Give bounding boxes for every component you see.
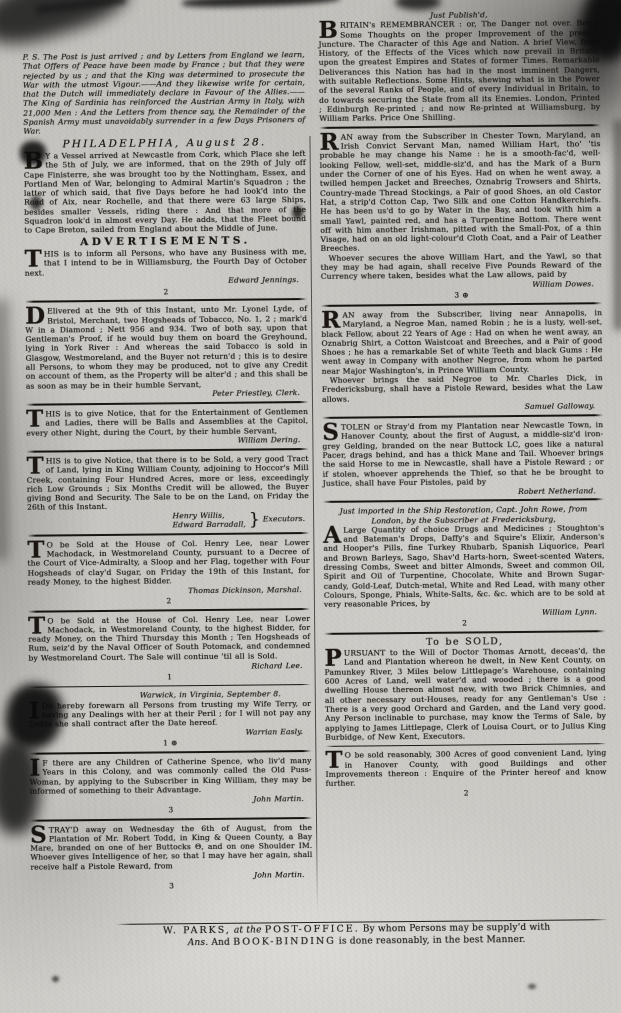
advertisements-heading: ADVERTISEMENTS. — [24, 236, 306, 248]
colophon-text: is done reasonably, in the best Manner. — [339, 935, 526, 947]
drop-cap: I — [29, 759, 42, 778]
drop-cap: D — [25, 307, 47, 326]
ad-divider-rule — [28, 608, 310, 613]
ad-text: Do hereby forewarn all Persons from trus… — [29, 699, 311, 729]
colophon-text: at the — [234, 925, 262, 935]
ad-text: O be Sold at the House of Col. Henry Lee… — [27, 538, 309, 587]
right-column: Just Publish'd, BRITAIN's REMEMBRANCER :… — [318, 9, 607, 800]
insertion-mark: 3 — [31, 880, 313, 892]
drop-cap: T — [27, 457, 46, 476]
drop-cap: T — [26, 410, 45, 429]
ad-text: URSUANT to the Will of Doctor Thomas Arn… — [325, 646, 607, 741]
drop-cap: T — [325, 751, 344, 770]
postscript-paragraph: P. S. The Post is just arrived ; and by … — [23, 50, 306, 136]
ad-rum-sale: TO be Sold at the House of Col. Henry Le… — [28, 614, 310, 663]
ad-pamunkey-plantation: PURSUANT to the Will of Doctor Thomas Ar… — [324, 646, 606, 742]
ad-text: F there are any Children of Catherine Sp… — [30, 756, 312, 796]
printer-name: W. PARKS, — [163, 925, 231, 937]
paragraph-text: Y a Vessel arrived at Newcastle from Cor… — [24, 149, 307, 235]
insertion-mark: 2 — [28, 595, 310, 607]
ad-divider-rule — [323, 499, 604, 503]
newspaper-scan-page: P. S. The Post is just arrived ; and by … — [0, 0, 621, 1013]
drop-cap: B — [318, 21, 340, 40]
ad-jennings: THIS is to inform all Persons, who have … — [25, 247, 307, 278]
ad-text: HIS is to give Notice, that for the Ente… — [26, 407, 308, 437]
ad-text: Elivered at the 9th of this Instant, unt… — [25, 304, 308, 390]
philadelphia-news-paragraph: BY a Vessel arrived at Newcastle from Co… — [24, 149, 307, 235]
ad-strayed-mare: STRAY'D away on Wednesday the 6th of Aug… — [30, 823, 312, 872]
executor-name: Edward Barradall, — [173, 520, 247, 530]
left-column: P. S. The Post is just arrived ; and by … — [23, 50, 313, 893]
ad-divider-rule — [30, 817, 312, 822]
colophon-text: Ans. — [188, 938, 209, 948]
colophon-text: By whom Persons may be supply'd with — [363, 923, 551, 935]
ad-divider-rule — [27, 532, 309, 537]
ad-balls-assemblies: THIS is to give Notice, that for the Ent… — [26, 407, 308, 438]
drop-cap: P — [324, 649, 344, 668]
drop-cap: S — [322, 423, 341, 442]
executor-role: Executors. — [263, 514, 305, 524]
ad-tobacco: DElivered at the 9th of this Instant, un… — [25, 304, 308, 390]
ad-divider-rule — [26, 448, 308, 453]
insertion-mark: 3 — [30, 804, 312, 816]
colophon-footer: W. PARKS, at the POST-OFFICE. By whom Pe… — [4, 909, 621, 915]
ad-text: AN away from the Subscriber, living near… — [321, 308, 602, 375]
ad-divider-rule — [325, 743, 606, 747]
ad-land-tract: THIS is to give Notice, that there is to… — [27, 454, 310, 512]
ad-divider-rule — [29, 750, 311, 755]
ad-text: HIS is to inform all Persons, who have a… — [25, 247, 307, 277]
page-content: P. S. The Post is just arrived ; and by … — [0, 0, 621, 1013]
drop-cap: T — [28, 616, 47, 635]
brace-glyph: } — [249, 512, 260, 528]
drop-cap: I — [29, 701, 42, 720]
ad-divider-rule — [321, 302, 602, 306]
insertion-mark: 1 — [29, 671, 311, 683]
drop-cap: A — [323, 526, 343, 545]
ad-text: TRAY'D away on Wednesday the 6th of Augu… — [30, 823, 312, 872]
executor-names: Henry Willis, Edward Barradall, — [172, 510, 246, 529]
ad-divider-rule — [29, 684, 311, 689]
insertion-mark: 2 — [326, 787, 607, 799]
insertion-mark: 2 — [25, 286, 307, 298]
ad-text: HIS is to give Notice, that there is to … — [27, 454, 309, 512]
ad-text: O be sold reasonably, 300 Acres of good … — [326, 749, 607, 789]
drop-cap: R — [321, 311, 342, 330]
ad-divider-rule — [25, 298, 307, 303]
ad-divider-rule — [322, 414, 603, 418]
ad-hanover-land: TO be sold reasonably, 300 Acres of good… — [325, 749, 606, 789]
ad-text: Large Quantity of choice Drugs and Medic… — [323, 523, 605, 609]
book-binding-label: BOOK-BINDING — [233, 936, 336, 948]
ad-runaway-robin: RAN away from the Subscriber, living nea… — [321, 308, 603, 376]
ad-runaway-william-hart: RAN away from the Subscriber in Chester … — [319, 130, 601, 254]
ad-text: TOLEN or Stray'd from my Plantation near… — [322, 420, 603, 487]
drop-cap: T — [27, 540, 46, 559]
ad-divider-rule — [319, 124, 600, 128]
ad-britains-remembrancer: BRITAIN's REMEMBRANCER : or, The Danger … — [318, 19, 600, 124]
insertion-mark: 2 — [324, 617, 605, 629]
drop-cap: T — [25, 249, 44, 268]
drop-cap: R — [319, 133, 340, 152]
ad-signature: Samuel Galloway. — [322, 402, 603, 414]
ad-catherine-spence: IF there are any Children of Catherine S… — [29, 756, 311, 796]
ad-runaway-reward: Whoever secures the above William Hart, … — [321, 251, 602, 282]
insertion-mark: 3 ⊕ — [321, 290, 602, 302]
ad-runaway-robin-reward: Whoever brings the said Negroe to Mr. Ch… — [322, 373, 603, 404]
ad-wife-notice: IDo hereby forewarn all Persons from tru… — [29, 699, 311, 730]
ad-stolen-gelding: STOLEN or Stray'd from my Plantation nea… — [322, 420, 604, 488]
post-office-label: POST-OFFICE. — [265, 924, 360, 936]
ad-drugs-medicines: ALarge Quantity of choice Drugs and Medi… — [323, 523, 605, 609]
drop-cap: B — [24, 151, 46, 170]
ad-text: O be Sold at the House of Col. Henry Lee… — [28, 614, 310, 663]
philadelphia-dateline: PHILADELPHIA, August 28. — [23, 138, 305, 150]
drop-cap: S — [30, 825, 49, 844]
executors-signature: Henry Willis, Edward Barradall, } Execut… — [27, 510, 309, 531]
ad-vice-admiralty-sale: TO be Sold at the House of Col. Henry Le… — [27, 538, 309, 587]
ad-text: AN away from the Subscriber in Chester T… — [320, 130, 602, 253]
ad-text: RITAIN's REMEMBRANCER : or, The Danger n… — [319, 19, 601, 124]
colophon-text: And — [211, 938, 230, 948]
ad-divider-rule — [324, 630, 605, 634]
insertion-mark: 1 ⊕ — [29, 737, 311, 749]
ad-divider-rule — [26, 401, 308, 406]
